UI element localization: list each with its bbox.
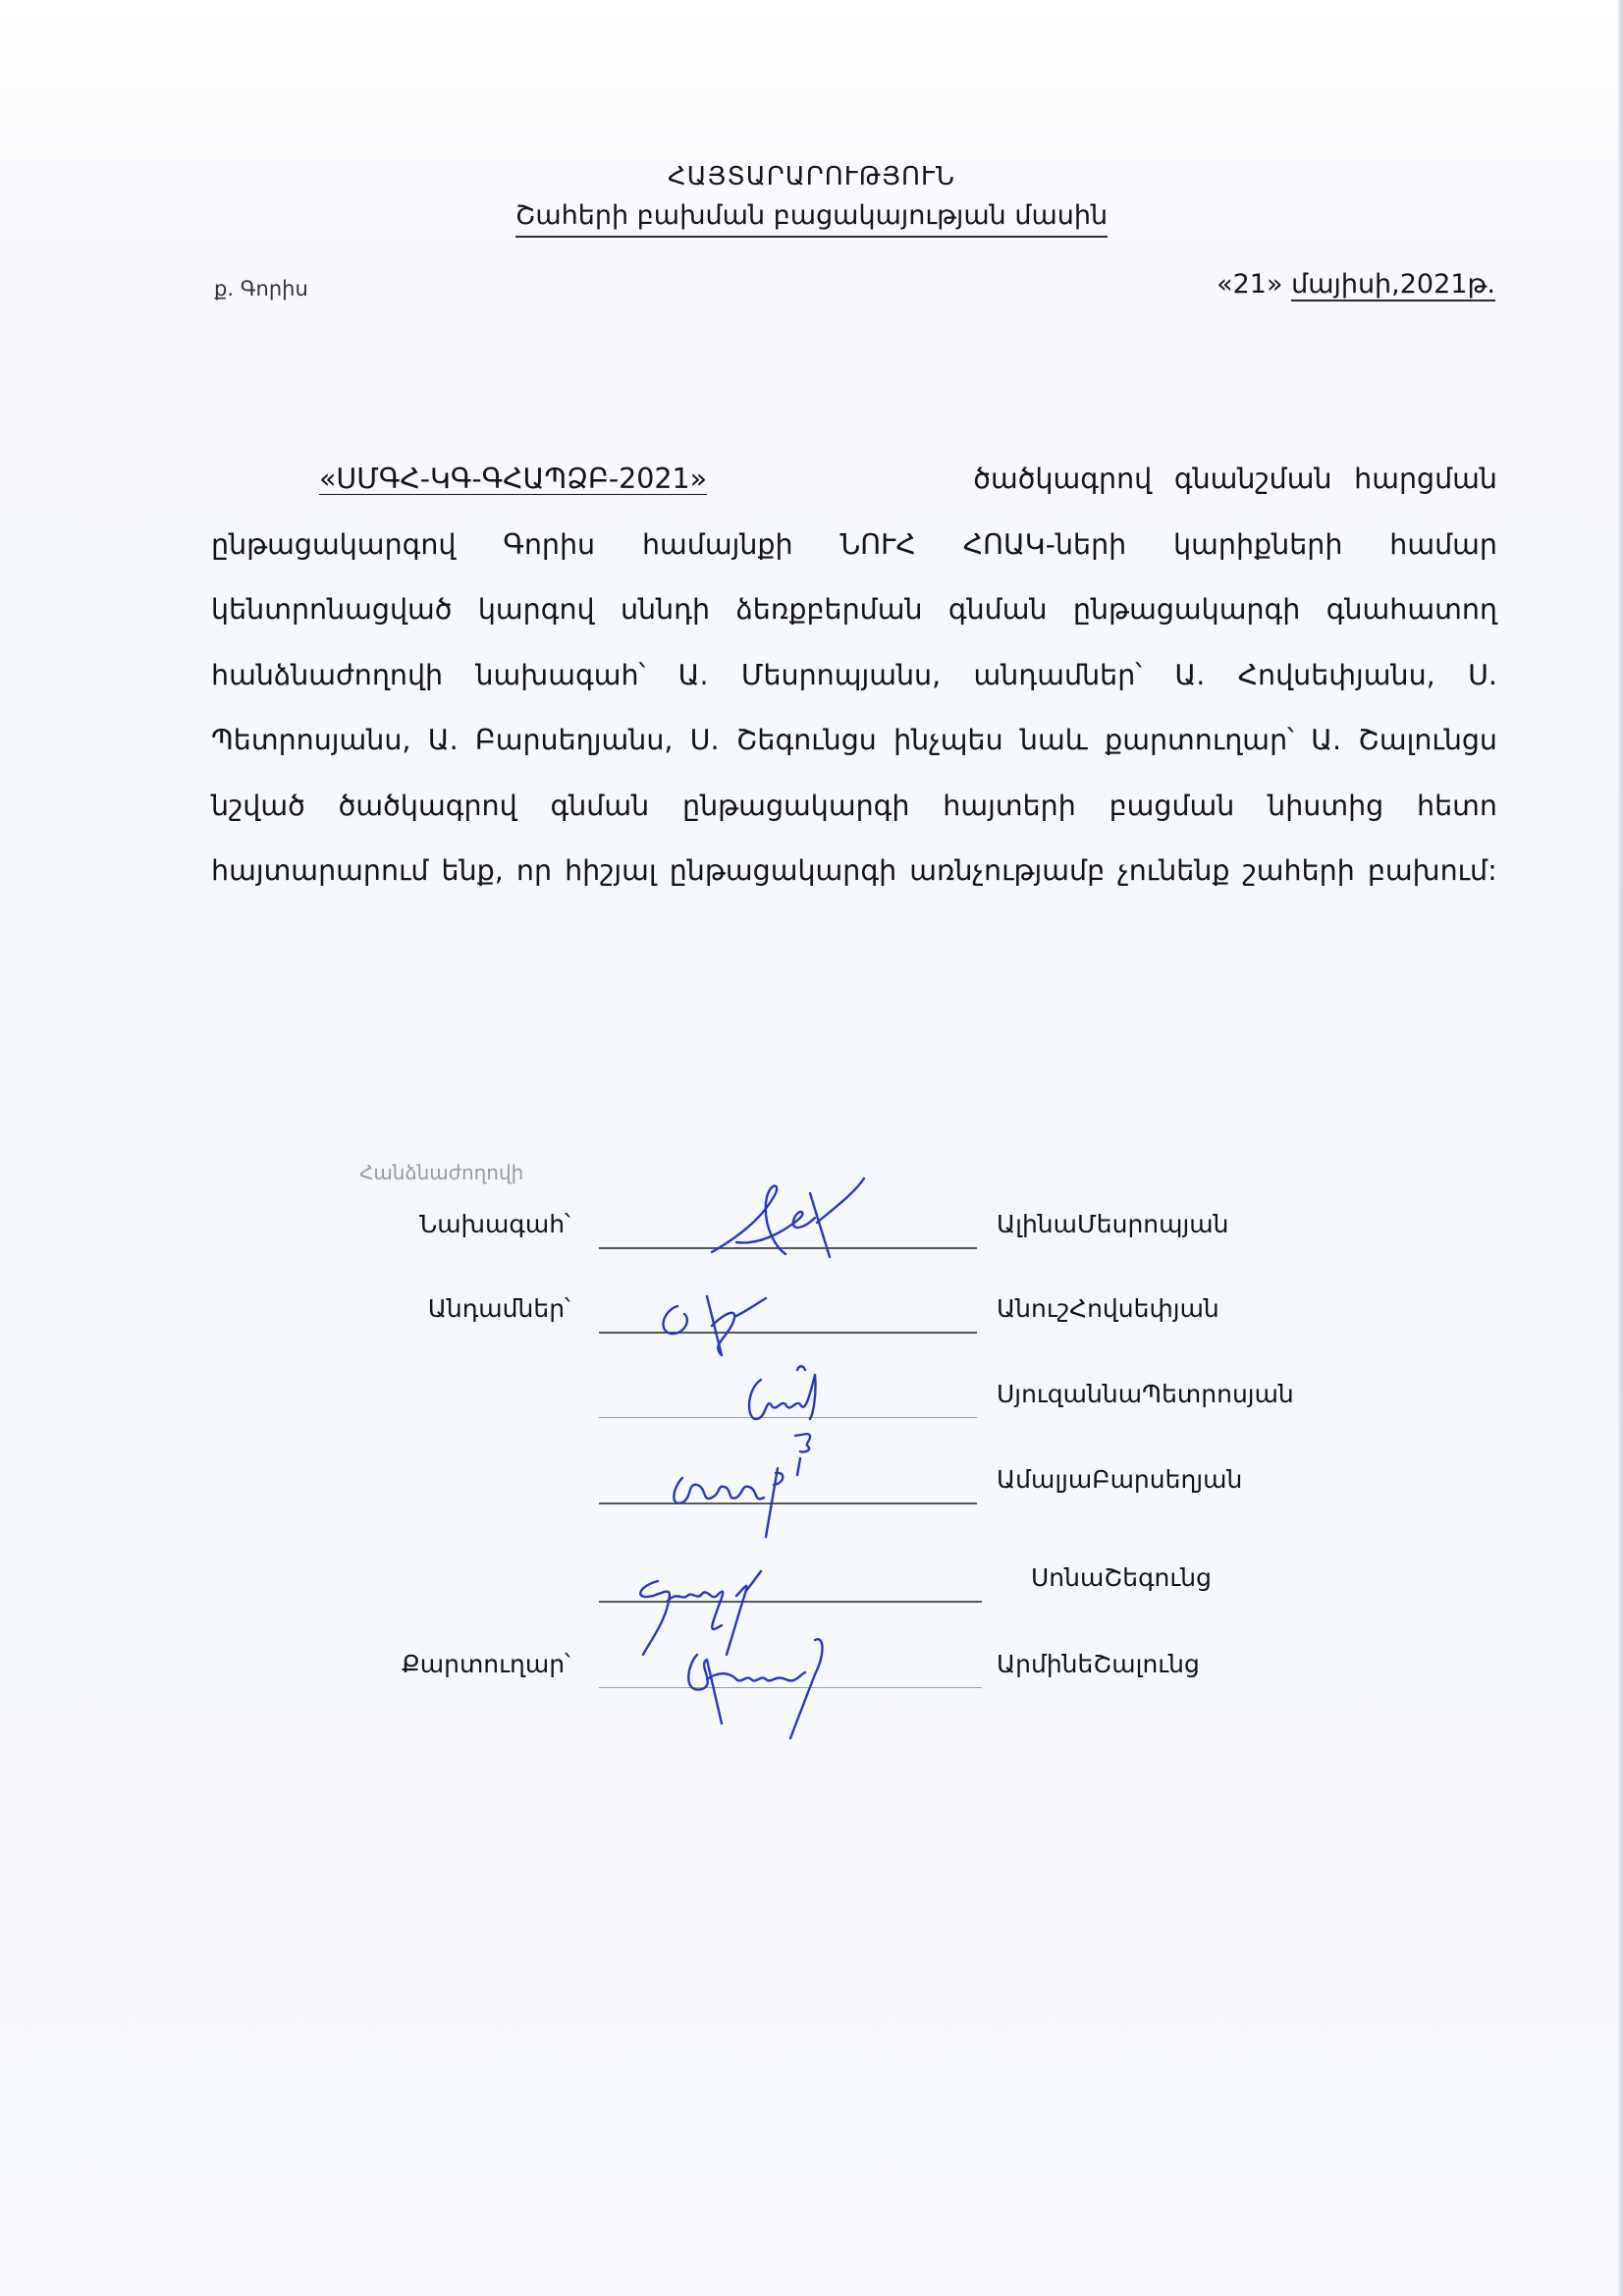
signature-line — [599, 1601, 982, 1603]
scanned-page: ՀԱՅՏԱՐԱՐՈՒԹՅՈՒՆ Շահերի բախման բացակայութ… — [0, 0, 1623, 2296]
signature-name: ԱրմինեՇալունց — [997, 1650, 1200, 1678]
signature-line — [599, 1503, 977, 1504]
document-subtitle: Շահերի բախման բացակայության մասին — [515, 196, 1108, 238]
signature-role: Նախագահ՝ — [419, 1210, 570, 1238]
date-month-year: մայիսի,2021թ. — [1291, 269, 1495, 301]
signature-name: ԱլինաՄեսրոպյան — [997, 1210, 1229, 1238]
signature-row-member-3: ԱմալյաԲարսեղյան — [0, 1465, 1623, 1524]
title-block: ՀԱՅՏԱՐԱՐՈՒԹՅՈՒՆ Շահերի բախման բացակայութ… — [0, 157, 1623, 238]
procurement-code: «ՍՄԳՀ-ԿԳ-ԳՀԱՊՁԲ-2021» — [319, 463, 707, 495]
document-title: ՀԱՅՏԱՐԱՐՈՒԹՅՈՒՆ — [0, 157, 1623, 196]
signature-row-member-4: ՍոնաՇեգունց — [0, 1563, 1623, 1622]
signature-row-chair: Նախագահ՝ ԱլինաՄեսրոպյան — [0, 1210, 1623, 1269]
date-day: «21» — [1217, 269, 1282, 300]
signature-name: ԱնուշՀովսեփյան — [997, 1294, 1219, 1323]
declaration-body: «ՍՄԳՀ-ԿԳ-ԳՀԱՊՁԲ-2021» ծածկագրով գնանշման… — [211, 447, 1497, 904]
declaration-text: ծածկագրով գնանշման հարցման ընթացակարգով … — [211, 463, 1497, 887]
signature-line — [599, 1417, 977, 1418]
signature-name: ԱմալյաԲարսեղյան — [997, 1465, 1242, 1494]
signature-row-secretary: Քարտուղար՝ ԱրմինեՇալունց — [0, 1650, 1623, 1709]
signature-row-member-1: Անդամներ՝ ԱնուշՀովսեփյան — [0, 1294, 1623, 1353]
document-place: ք. Գորիս — [214, 277, 308, 301]
signature-line — [599, 1687, 982, 1688]
signature-line — [599, 1332, 977, 1334]
signature-name: ՍյուզաննաՊետրոսյան — [997, 1380, 1294, 1408]
document-date: «21» մայիսի,2021թ. — [1217, 269, 1495, 300]
page-edge-shadow — [1618, 0, 1623, 2296]
signature-row-member-2: ՍյուզաննաՊետրոսյան — [0, 1380, 1623, 1439]
signature-role: Անդամներ՝ — [428, 1294, 570, 1323]
signature-name: ՍոնաՇեգունց — [1031, 1563, 1212, 1592]
committee-caption: Հանձնաժողովի — [359, 1161, 523, 1184]
signature-line — [599, 1247, 977, 1249]
signature-role: Քարտուղար՝ — [402, 1650, 570, 1678]
